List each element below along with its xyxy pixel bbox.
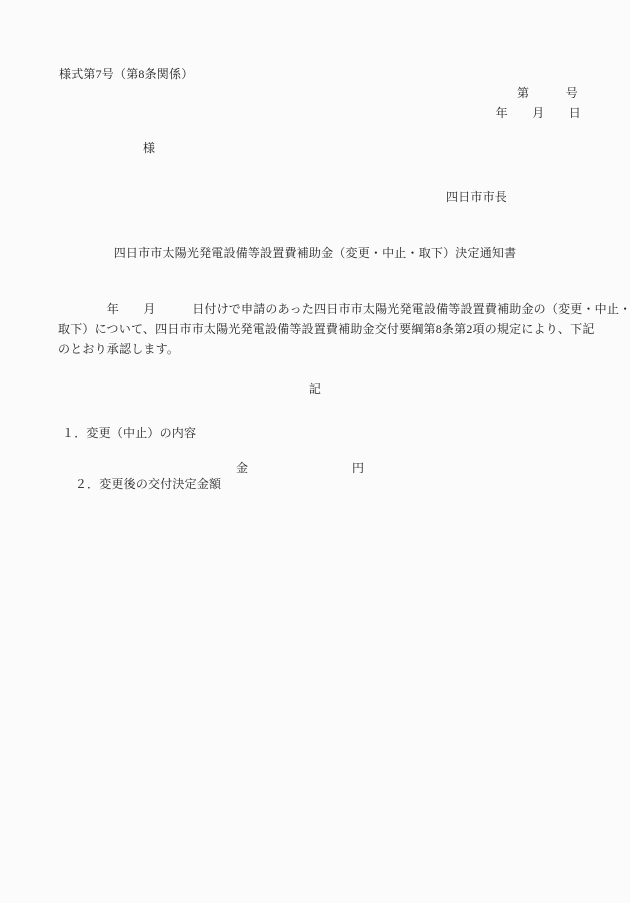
document-title: 四日市市太陽光発電設備等設置費補助金（変更・中止・取下）決定通知書 <box>0 245 630 261</box>
addressee-suffix: 様 <box>143 140 155 156</box>
form-number-label: 様式第7号（第8条関係） <box>59 66 193 82</box>
item-1-change-contents: １．変更（中止）の内容 <box>62 425 196 441</box>
date-line: 年 月 日 <box>496 105 581 121</box>
item-2-label: ２．変更後の交付決定金額 <box>75 477 221 491</box>
document-page: 様式第7号（第8条関係） 第 号 年 月 日 様 四日市市長 四日市市太陽光発電… <box>0 0 630 903</box>
amount-prefix: 金 <box>236 460 248 476</box>
body-paragraph-line-2: 取下）について、四日市市太陽光発電設備等設置費補助金交付要綱第8条第2項の規定に… <box>58 321 595 337</box>
amount-unit: 円 <box>352 460 364 476</box>
body-paragraph-line-1: 年 月 日付けで申請のあった四日市市太陽光発電設備等設置費補助金の（変更・中止・ <box>58 301 630 317</box>
document-number-line: 第 号 <box>517 85 578 101</box>
item-2-grant-amount: ２．変更後の交付決定金額 金 円 <box>62 460 582 540</box>
body-paragraph-line-3: のとおり承認します。 <box>58 341 179 357</box>
issuer-name: 四日市市長 <box>446 189 507 205</box>
record-marker: 記 <box>0 381 630 397</box>
